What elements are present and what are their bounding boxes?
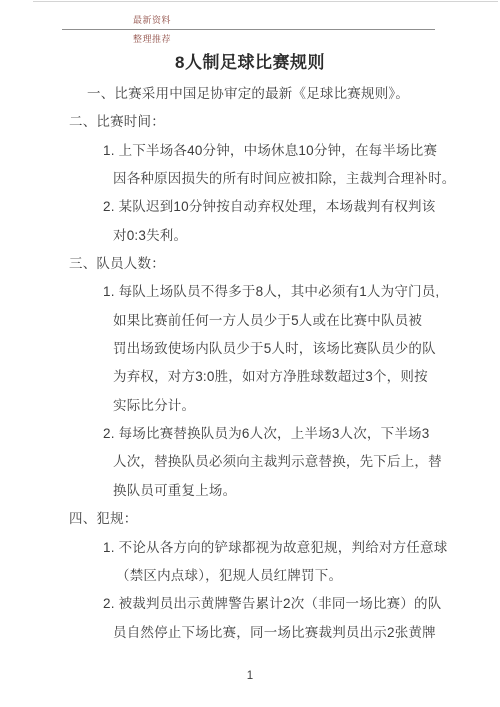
page-title: 8人制足球比赛规则 bbox=[0, 51, 500, 75]
page-number: 1 bbox=[0, 670, 500, 682]
document-line: 换队员可重复上场。 bbox=[0, 477, 500, 505]
section-label: 犯规： bbox=[96, 511, 137, 526]
document-line: 一、比赛采用中国足协审定的最新《足球比赛规则》。 bbox=[0, 80, 500, 108]
page-top-edge-divider bbox=[33, 1, 498, 2]
document-line: 因各种原因损失的所有时间应被扣除，主裁判合理补时。 bbox=[0, 165, 500, 193]
document-line: 员自然停止下场比赛，同一场比赛裁判员出示2张黄牌 bbox=[0, 619, 500, 647]
section-heading-line: 二、比赛时间： bbox=[0, 108, 500, 136]
document-line: （禁区内点球），犯规人员红牌罚下。 bbox=[0, 562, 500, 590]
document-line: 罚出场致使场内队员少于5人时，该场比赛队员少的队 bbox=[0, 335, 500, 363]
section-label: 比赛时间： bbox=[96, 114, 165, 129]
header-top-label: 最新资料 bbox=[133, 13, 171, 27]
document-page: 最新资料 整理推荐 8人制足球比赛规则 一、比赛采用中国足协审定的最新《足球比赛… bbox=[0, 0, 500, 707]
document-line: 1. 上下半场各40分钟，中场休息10分钟，在每半场比赛 bbox=[0, 137, 500, 165]
document-line: 实际比分计。 bbox=[0, 392, 500, 420]
document-line: 2. 被裁判员出示黄牌警告累计2次（非同一场比赛）的队 bbox=[0, 590, 500, 618]
section-heading-line: 三、队员人数： bbox=[0, 250, 500, 278]
document-line: 为弃权，对方3:0胜，如对方净胜球数超过3个，则按 bbox=[0, 363, 500, 391]
document-line: 1. 不论从各方向的铲球都视为故意犯规，判给对方任意球 bbox=[0, 534, 500, 562]
document-lines: 一、比赛采用中国足协审定的最新《足球比赛规则》。二、比赛时间：1. 上下半场各4… bbox=[0, 80, 500, 647]
header-bottom-label: 整理推荐 bbox=[133, 32, 171, 46]
document-line: 2. 某队迟到10分钟按自动弃权处理，本场裁判有权判该 bbox=[0, 193, 500, 221]
document-line: 1. 每队上场队员不得多于8人，其中必须有1人为守门员, bbox=[0, 278, 500, 306]
document-line: 2. 每场比赛替换队员为6人次，上半场3人次，下半场3 bbox=[0, 420, 500, 448]
section-number: 三、 bbox=[69, 256, 96, 271]
document-line: 对0:3失利。 bbox=[0, 222, 500, 250]
header-divider-line bbox=[62, 29, 435, 30]
document-line: 人次，替换队员必须向主裁判示意替换，先下后上，替 bbox=[0, 448, 500, 476]
document-line: 如果比赛前任何一方人员少于5人或在比赛中队员被 bbox=[0, 307, 500, 335]
section-number: 二、 bbox=[69, 114, 96, 129]
section-label: 队员人数： bbox=[96, 256, 165, 271]
section-heading-line: 四、犯规： bbox=[0, 505, 500, 533]
section-number: 四、 bbox=[69, 511, 96, 526]
